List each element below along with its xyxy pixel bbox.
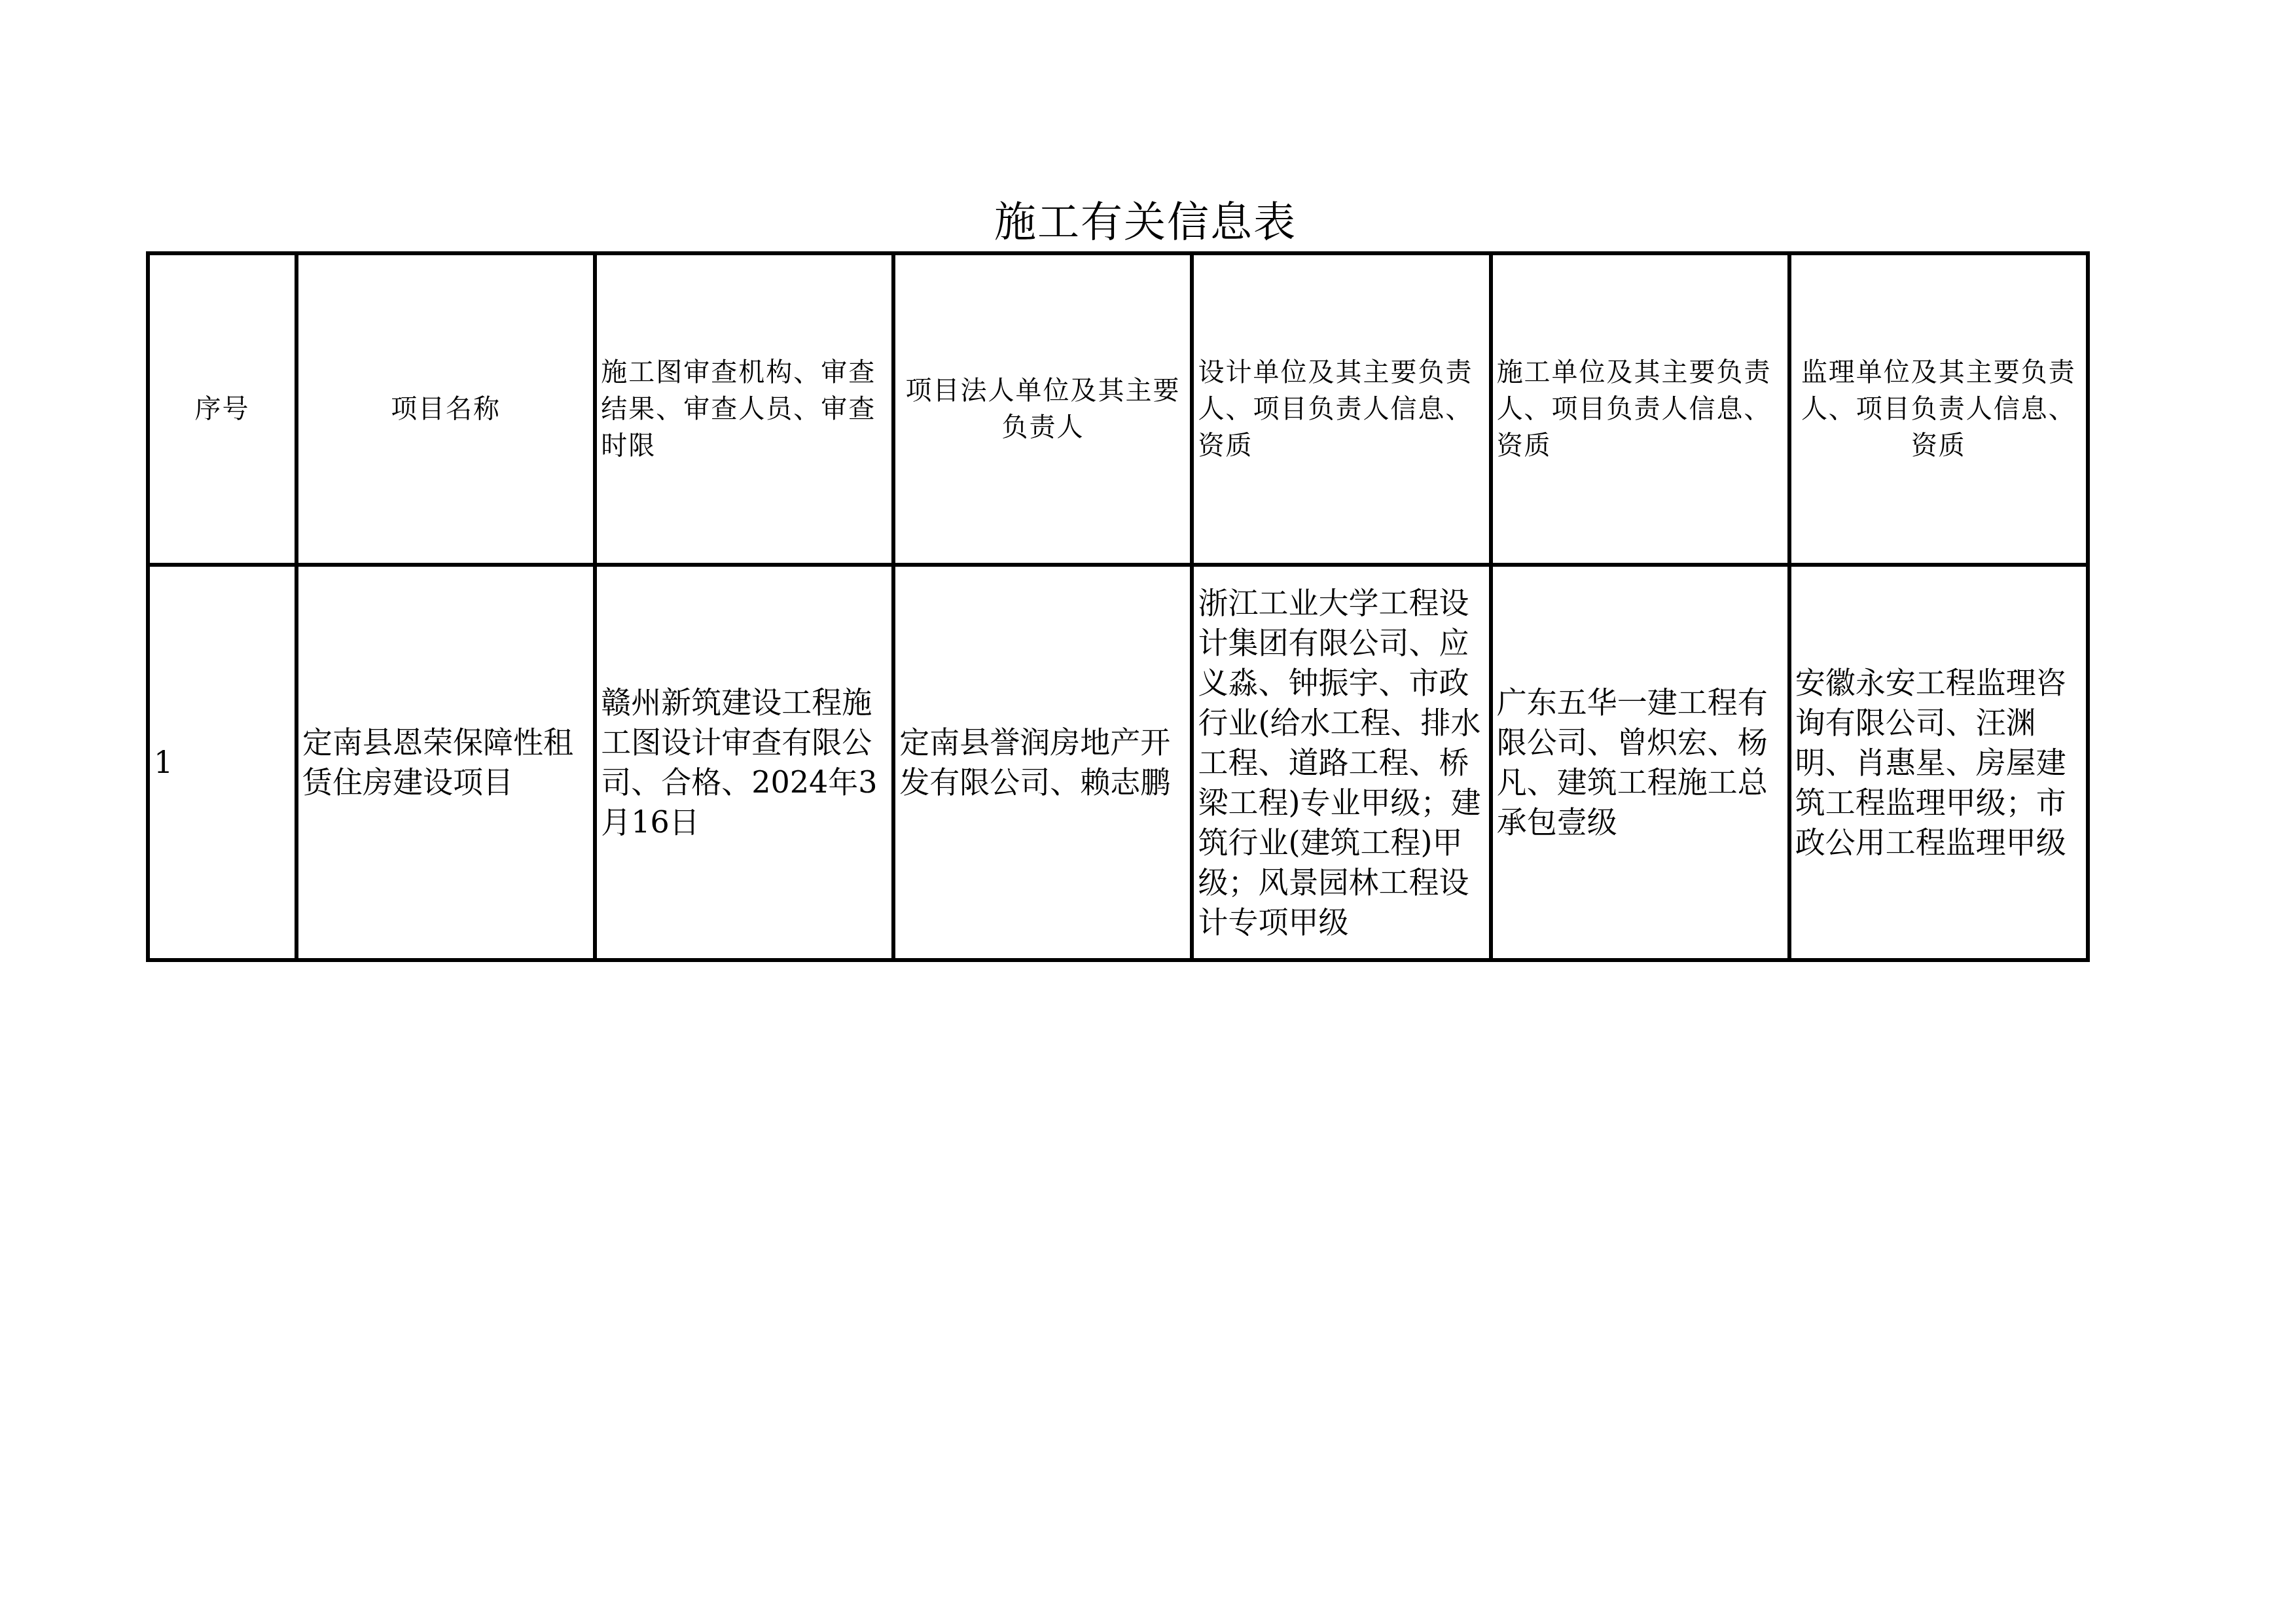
header-construction-unit: 施工单位及其主要负责人、项目负责人信息、资质	[1491, 253, 1789, 565]
cell-index: 1	[148, 565, 296, 960]
header-drawing-review: 施工图审查机构、审查结果、审查人员、审查时限	[595, 253, 893, 565]
header-legal-entity: 项目法人单位及其主要负责人	[893, 253, 1192, 565]
cell-drawing-review: 赣州新筑建设工程施工图设计审查有限公司、合格、2024年3月16日	[595, 565, 893, 960]
header-project-name: 项目名称	[296, 253, 595, 565]
header-index: 序号	[148, 253, 296, 565]
cell-project-name: 定南县恩荣保障性租赁住房建设项目	[296, 565, 595, 960]
cell-design-unit: 浙江工业大学工程设计集团有限公司、应义淼、钟振宇、市政行业(给水工程、排水工程、…	[1192, 565, 1490, 960]
header-design-unit: 设计单位及其主要负责人、项目负责人信息、资质	[1192, 253, 1490, 565]
cell-legal-entity: 定南县誉润房地产开发有限公司、赖志鹏	[893, 565, 1192, 960]
header-supervision-unit: 监理单位及其主要负责人、项目负责人信息、资质	[1789, 253, 2088, 565]
cell-supervision-unit: 安徽永安工程监理咨询有限公司、汪渊明、肖惠星、房屋建筑工程监理甲级；市政公用工程…	[1789, 565, 2088, 960]
construction-info-table: 序号 项目名称 施工图审查机构、审查结果、审查人员、审查时限 项目法人单位及其主…	[146, 251, 2090, 962]
table-row: 1 定南县恩荣保障性租赁住房建设项目 赣州新筑建设工程施工图设计审查有限公司、合…	[148, 565, 2088, 960]
cell-construction-unit: 广东五华一建工程有限公司、曾炽宏、杨凡、建筑工程施工总承包壹级	[1491, 565, 1789, 960]
header-row: 序号 项目名称 施工图审查机构、审查结果、审查人员、审查时限 项目法人单位及其主…	[148, 253, 2088, 565]
page-title: 施工有关信息表	[916, 196, 1374, 249]
